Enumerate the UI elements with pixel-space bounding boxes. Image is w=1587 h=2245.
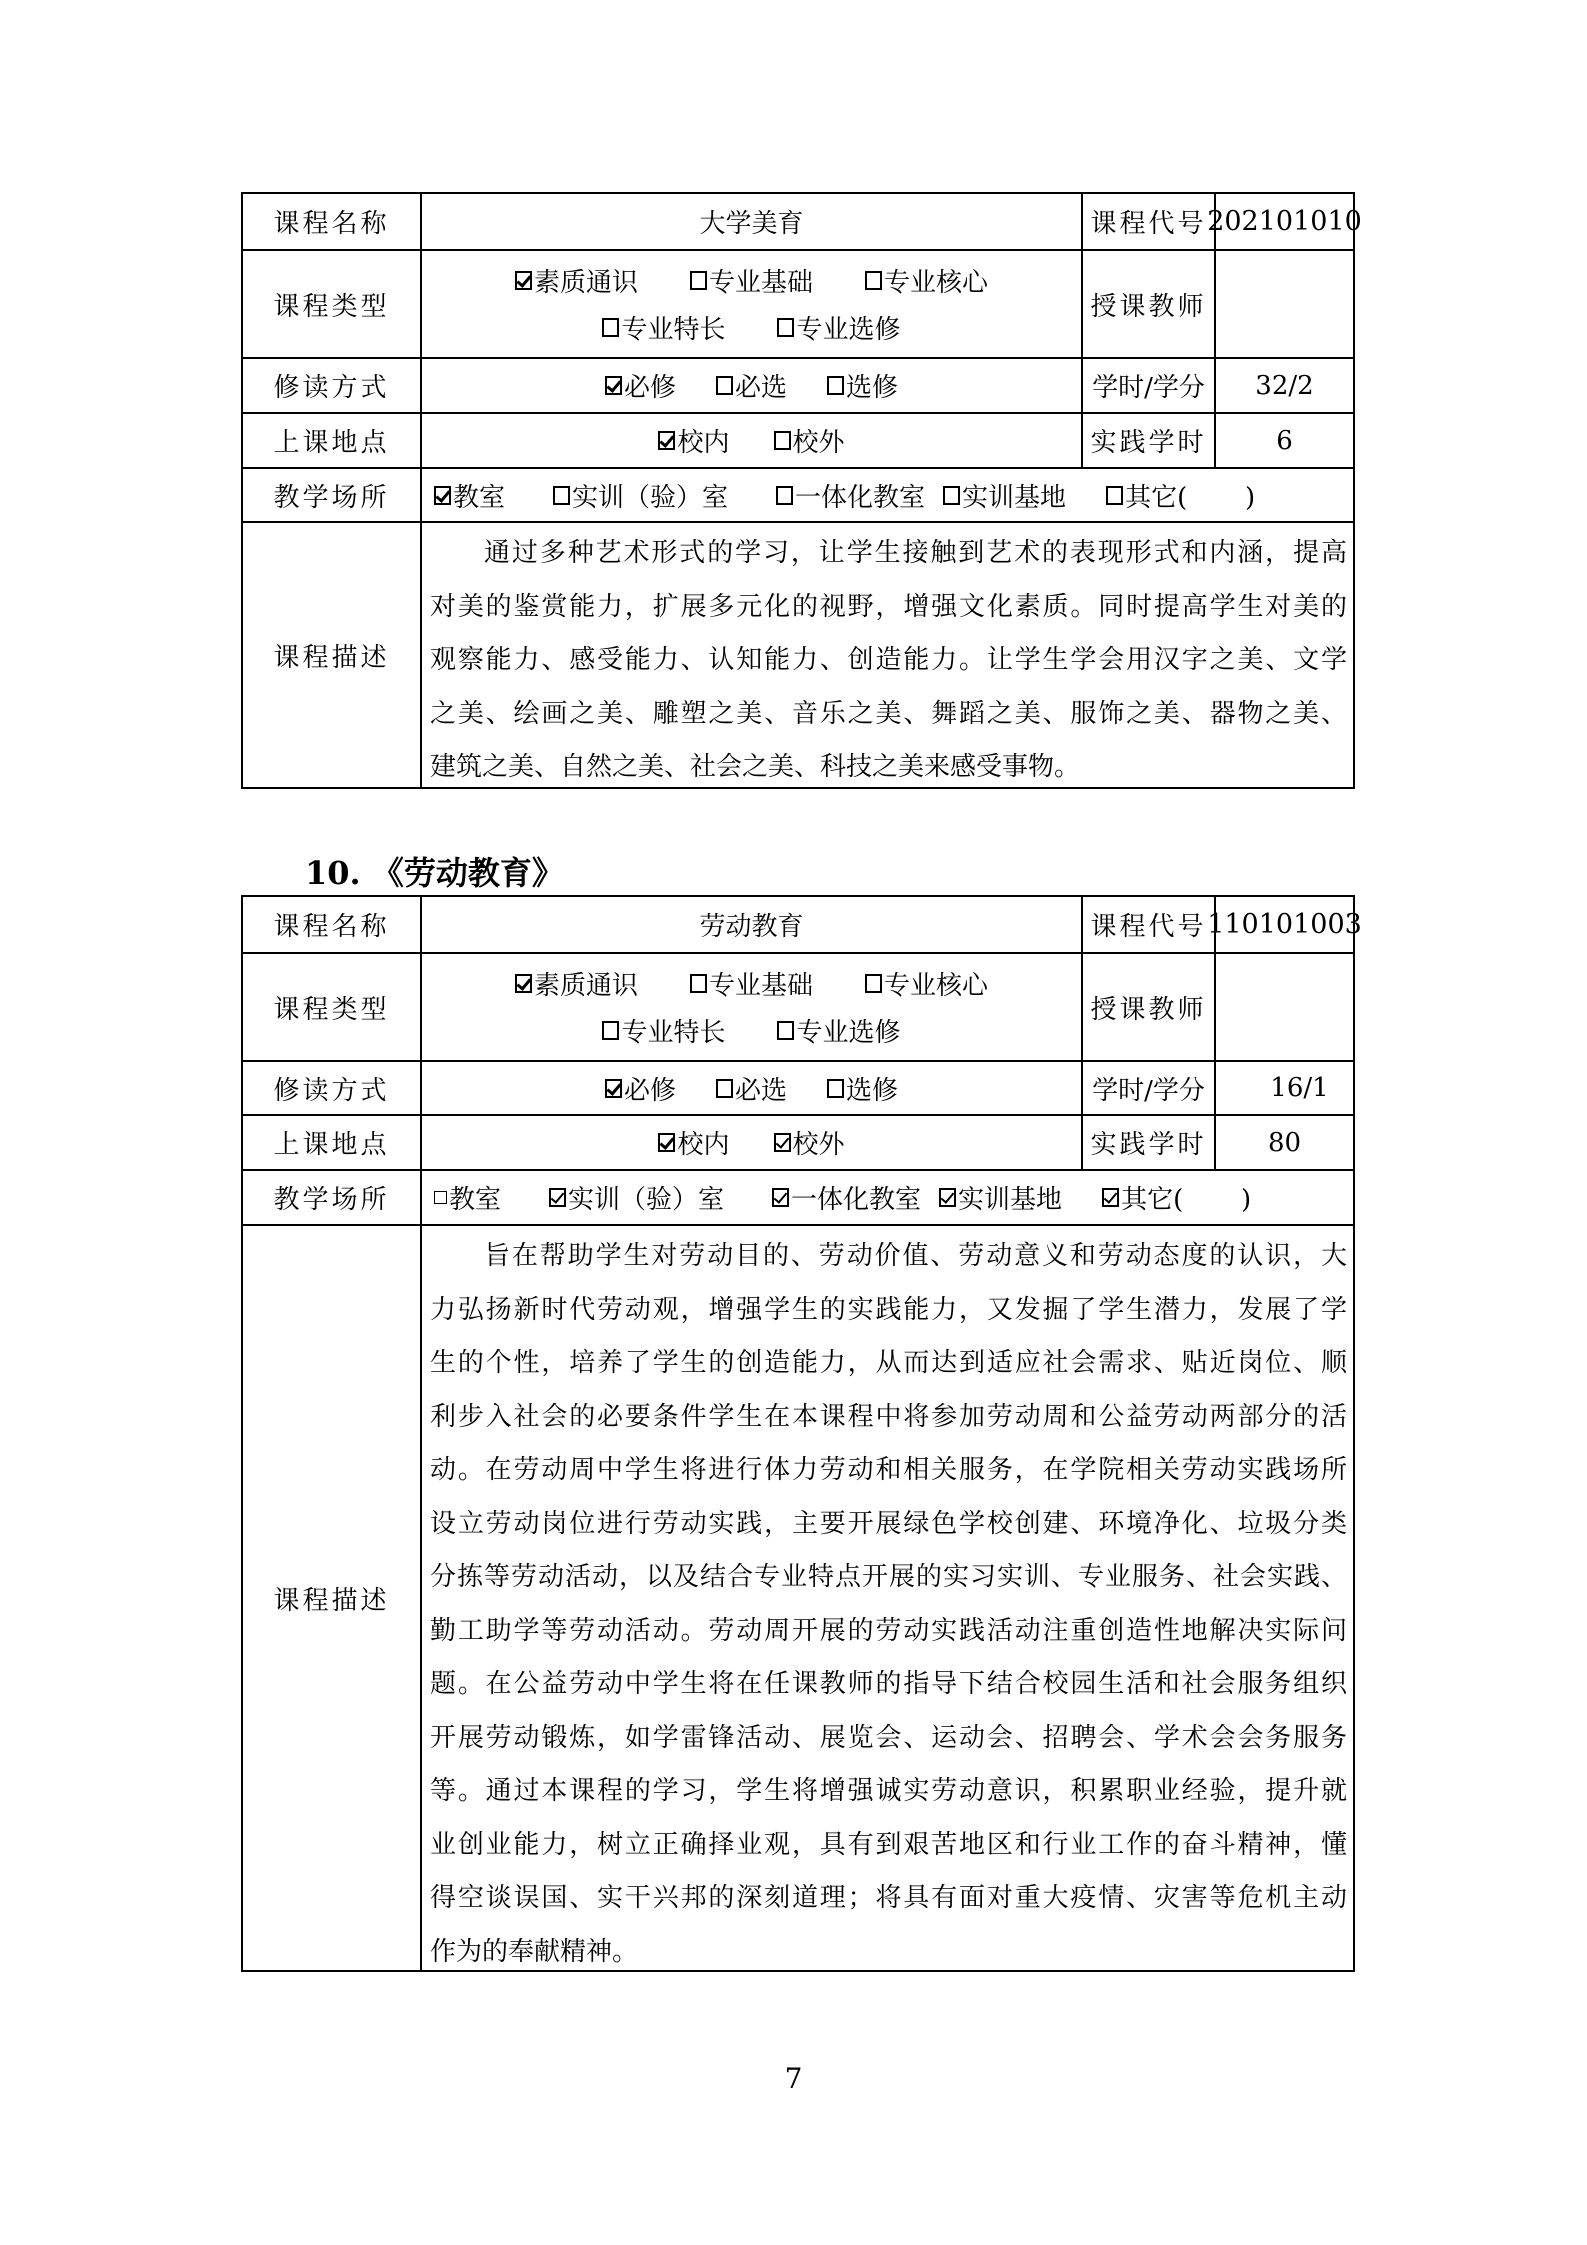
label-course-code: 课程代号 bbox=[1083, 897, 1216, 952]
checkbox-shixun-jidi[interactable]: 实训基地 bbox=[939, 1179, 1062, 1216]
checkbox-yitihua-jiaoshi[interactable]: 一体化教室 bbox=[772, 1179, 921, 1216]
checkbox-qita[interactable]: 其它( ) bbox=[1106, 477, 1255, 514]
label-practice-hours: 实践学时 bbox=[1083, 1116, 1216, 1169]
checkbox-checked-icon bbox=[434, 486, 451, 505]
checkbox-suzhi-tongshi[interactable]: 素质通识 bbox=[515, 262, 638, 299]
label-hours-credits: 学时/学分 bbox=[1083, 359, 1216, 412]
row-course-type: 课程类型 素质通识 专业基础 专业核心 专业特长 专业选修 授课教师 bbox=[243, 249, 1353, 357]
description-line: 开展劳动锻炼，如学雷锋活动、展览会、运动会、招聘会、学术会会务服务 bbox=[430, 1712, 1347, 1766]
study-mode-options: 必修 必选 选修 bbox=[422, 359, 1083, 412]
row-course-name: 课程名称 大学美育 课程代号 202101010 bbox=[243, 194, 1353, 249]
practice-hours-value: 6 bbox=[1216, 414, 1353, 467]
row-course-name: 课程名称 劳动教育 课程代号 110101003 bbox=[243, 897, 1353, 952]
description-line: 之美、绘画之美、雕塑之美、音乐之美、舞蹈之美、服饰之美、器物之美、 bbox=[430, 688, 1347, 742]
row-description: 课程描述 通过多种艺术形式的学习，让学生接触到艺术的表现形式和内涵，提高 对美的… bbox=[243, 521, 1353, 787]
description-line: 设立劳动岗位进行劳动实践，主要开展绿色学校创建、环境净化、垃圾分类 bbox=[430, 1498, 1347, 1552]
checkbox-qita[interactable]: 其它( ) bbox=[1102, 1179, 1251, 1216]
checkbox-empty-icon bbox=[1106, 486, 1123, 505]
course-type-options: 素质通识 专业基础 专业核心 专业特长 专业选修 bbox=[422, 954, 1083, 1060]
label-study-mode: 修读方式 bbox=[243, 1062, 422, 1114]
practice-hours-value: 80 bbox=[1216, 1116, 1353, 1169]
study-mode-options: 必修 必选 选修 bbox=[422, 1062, 1083, 1114]
checkbox-jiaoshi[interactable]: 教室 bbox=[434, 1179, 501, 1216]
checkbox-empty-icon bbox=[776, 486, 793, 505]
label-teacher: 授课教师 bbox=[1083, 251, 1216, 357]
checkbox-empty-icon bbox=[716, 1079, 733, 1098]
venue-options: 教室 实训（验）室 一体化教室 实训基地 其它( ) bbox=[422, 1171, 1353, 1224]
checkbox-xiaonei[interactable]: 校内 bbox=[658, 1124, 729, 1161]
checkbox-empty-icon bbox=[827, 1079, 844, 1098]
row-venue: 教学场所 教室 实训（验）室 一体化教室 实训基地 其它( ) bbox=[243, 1169, 1353, 1224]
label-course-name: 课程名称 bbox=[243, 194, 422, 249]
checkbox-yitihua-jiaoshi[interactable]: 一体化教室 bbox=[776, 477, 925, 514]
checkbox-empty-icon bbox=[865, 974, 882, 993]
description-line: 生的个性，培养了学生的创造能力，从而达到适应社会需求、贴近岗位、顺 bbox=[430, 1337, 1347, 1391]
teacher-value bbox=[1216, 954, 1353, 1060]
checkbox-checked-icon bbox=[515, 974, 532, 993]
checkbox-xuanxiu[interactable]: 选修 bbox=[827, 367, 898, 404]
location-options: 校内 校外 bbox=[422, 1116, 1083, 1169]
checkbox-bixiu[interactable]: 必修 bbox=[605, 367, 676, 404]
checkbox-bixiu[interactable]: 必修 bbox=[605, 1070, 676, 1107]
description-line: 业创业能力，树立正确择业观，具有到艰苦地区和行业工作的奋斗精神，懂 bbox=[430, 1819, 1347, 1873]
row-description: 课程描述 旨在帮助学生对劳动目的、劳动价值、劳动意义和劳动态度的认识，大 力弘扬… bbox=[243, 1224, 1353, 1970]
checkbox-empty-icon bbox=[690, 974, 707, 993]
checkbox-empty-icon bbox=[602, 318, 619, 337]
description-line: 勤工助学等劳动活动。劳动周开展的劳动实践活动注重创造性地解决实际问 bbox=[430, 1605, 1347, 1659]
description-line: 通过多种艺术形式的学习，让学生接触到艺术的表现形式和内涵，提高 bbox=[430, 527, 1347, 581]
checkbox-empty-icon bbox=[774, 431, 791, 450]
course-table-aesthetic: 课程名称 大学美育 课程代号 202101010 课程类型 素质通识 专业基础 … bbox=[241, 192, 1355, 789]
label-teacher: 授课教师 bbox=[1083, 954, 1216, 1060]
checkbox-empty-icon bbox=[434, 1191, 447, 1204]
course-table-labor: 课程名称 劳动教育 课程代号 110101003 课程类型 素质通识 专业基础 … bbox=[241, 895, 1355, 1972]
course-type-options: 素质通识 专业基础 专业核心 专业特长 专业选修 bbox=[422, 251, 1083, 357]
description-line: 等。通过本课程的学习，学生将增强诚实劳动意识，积累职业经验，提升就 bbox=[430, 1765, 1347, 1819]
checkbox-empty-icon bbox=[690, 271, 707, 290]
checkbox-jiaoshi[interactable]: 教室 bbox=[434, 477, 505, 514]
checkbox-checked-icon bbox=[939, 1188, 956, 1207]
label-location: 上课地点 bbox=[243, 1116, 422, 1169]
label-course-name: 课程名称 bbox=[243, 897, 422, 952]
row-course-type: 课程类型 素质通识 专业基础 专业核心 专业特长 专业选修 授课教师 bbox=[243, 952, 1353, 1060]
label-study-mode: 修读方式 bbox=[243, 359, 422, 412]
checkbox-empty-icon bbox=[553, 486, 570, 505]
checkbox-zhuanye-jichu[interactable]: 专业基础 bbox=[690, 262, 813, 299]
label-course-type: 课程类型 bbox=[243, 954, 422, 1060]
description-text: 通过多种艺术形式的学习，让学生接触到艺术的表现形式和内涵，提高 对美的鉴赏能力，… bbox=[424, 523, 1353, 787]
checkbox-empty-icon bbox=[777, 1021, 794, 1040]
checkbox-xiaowai[interactable]: 校外 bbox=[774, 422, 845, 459]
checkbox-zhuanye-xuanxiu[interactable]: 专业选修 bbox=[777, 309, 900, 346]
checkbox-zhuanye-techang[interactable]: 专业特长 bbox=[602, 1012, 725, 1049]
checkbox-empty-icon bbox=[716, 376, 733, 395]
description-line: 得空谈误国、实干兴邦的深刻道理；将具有面对重大疫情、灾害等危机主动 bbox=[430, 1872, 1347, 1926]
row-venue: 教学场所 教室 实训（验）室 一体化教室 实训基地 其它( ) bbox=[243, 467, 1353, 521]
checkbox-checked-icon bbox=[605, 376, 622, 395]
hours-credits-value: 16/1 bbox=[1216, 1062, 1353, 1114]
checkbox-shixun-shiyan-shi[interactable]: 实训（验）室 bbox=[553, 477, 728, 514]
label-course-type: 课程类型 bbox=[243, 251, 422, 357]
checkbox-checked-icon bbox=[1102, 1188, 1119, 1207]
checkbox-empty-icon bbox=[865, 271, 882, 290]
description-line: 旨在帮助学生对劳动目的、劳动价值、劳动意义和劳动态度的认识，大 bbox=[430, 1230, 1347, 1284]
checkbox-empty-icon bbox=[602, 1021, 619, 1040]
location-options: 校内 校外 bbox=[422, 414, 1083, 467]
label-practice-hours: 实践学时 bbox=[1083, 414, 1216, 467]
checkbox-checked-icon bbox=[772, 1188, 789, 1207]
description-line: 建筑之美、自然之美、社会之美、科技之美来感受事物。 bbox=[430, 741, 1347, 795]
section-heading: 10. 《劳动教育》 bbox=[305, 848, 564, 894]
hours-credits-value: 32/2 bbox=[1216, 359, 1353, 412]
checkbox-bixuan[interactable]: 必选 bbox=[716, 367, 787, 404]
description-line: 题。在公益劳动中学生将在任课教师的指导下结合校园生活和社会服务组织 bbox=[430, 1658, 1347, 1712]
checkbox-suzhi-tongshi[interactable]: 素质通识 bbox=[515, 965, 638, 1002]
checkbox-empty-icon bbox=[827, 376, 844, 395]
checkbox-checked-icon bbox=[658, 1133, 675, 1152]
description-line: 力弘扬新时代劳动观，增强学生的实践能力，又发掘了学生潜力，发展了学 bbox=[430, 1284, 1347, 1338]
checkbox-zhuanye-xuanxiu[interactable]: 专业选修 bbox=[777, 1012, 900, 1049]
checkbox-checked-icon bbox=[658, 431, 675, 450]
description-text: 旨在帮助学生对劳动目的、劳动价值、劳动意义和劳动态度的认识，大 力弘扬新时代劳动… bbox=[424, 1226, 1353, 1970]
description-line: 对美的鉴赏能力，扩展多元化的视野，增强文化素质。同时提高学生对美的 bbox=[430, 581, 1347, 635]
checkbox-zhuanye-jichu[interactable]: 专业基础 bbox=[690, 965, 813, 1002]
checkbox-xiaowai[interactable]: 校外 bbox=[774, 1124, 845, 1161]
row-study-mode: 修读方式 必修 必选 选修 学时/学分 32/2 bbox=[243, 357, 1353, 412]
description-line: 利步入社会的必要条件学生在本课程中将参加劳动周和公益劳动两部分的活 bbox=[430, 1391, 1347, 1445]
checkbox-xiaonei[interactable]: 校内 bbox=[658, 422, 729, 459]
checkbox-checked-icon bbox=[549, 1188, 566, 1207]
course-name-value: 大学美育 bbox=[422, 194, 1083, 249]
course-code-value: 110101003 bbox=[1216, 897, 1353, 952]
checkbox-checked-icon bbox=[605, 1079, 622, 1098]
label-description: 课程描述 bbox=[243, 1226, 422, 1970]
description-line: 作为的奉献精神。 bbox=[430, 1926, 1347, 1980]
checkbox-checked-icon bbox=[515, 271, 532, 290]
checkbox-bixuan[interactable]: 必选 bbox=[716, 1070, 787, 1107]
label-location: 上课地点 bbox=[243, 414, 422, 467]
checkbox-empty-icon bbox=[777, 318, 794, 337]
row-location: 上课地点 校内 校外 实践学时 6 bbox=[243, 412, 1353, 467]
checkbox-zhuanye-techang[interactable]: 专业特长 bbox=[602, 309, 725, 346]
checkbox-xuanxiu[interactable]: 选修 bbox=[827, 1070, 898, 1107]
course-code-value: 202101010 bbox=[1216, 194, 1353, 249]
teacher-value bbox=[1216, 251, 1353, 357]
checkbox-shixun-jidi[interactable]: 实训基地 bbox=[943, 477, 1066, 514]
label-course-code: 课程代号 bbox=[1083, 194, 1216, 249]
course-name-value: 劳动教育 bbox=[422, 897, 1083, 952]
label-venue: 教学场所 bbox=[243, 469, 422, 521]
description-line: 分拣等劳动活动，以及结合专业特点开展的实习实训、专业服务、社会实践、 bbox=[430, 1551, 1347, 1605]
description-line: 动。在劳动周中学生将进行体力劳动和相关服务，在学院相关劳动实践场所 bbox=[430, 1444, 1347, 1498]
row-study-mode: 修读方式 必修 必选 选修 学时/学分 16/1 bbox=[243, 1060, 1353, 1114]
venue-options: 教室 实训（验）室 一体化教室 实训基地 其它( ) bbox=[422, 469, 1353, 521]
label-description: 课程描述 bbox=[243, 523, 422, 787]
checkbox-zhuanye-hexin[interactable]: 专业核心 bbox=[865, 262, 988, 299]
row-location: 上课地点 校内 校外 实践学时 80 bbox=[243, 1114, 1353, 1169]
checkbox-zhuanye-hexin[interactable]: 专业核心 bbox=[865, 965, 988, 1002]
label-hours-credits: 学时/学分 bbox=[1083, 1062, 1216, 1114]
checkbox-shixun-shiyan-shi[interactable]: 实训（验）室 bbox=[549, 1179, 724, 1216]
description-line: 观察能力、感受能力、认知能力、创造能力。让学生学会用汉字之美、文学 bbox=[430, 634, 1347, 688]
page-number: 7 bbox=[0, 2062, 1587, 2095]
label-venue: 教学场所 bbox=[243, 1171, 422, 1224]
checkbox-checked-icon bbox=[774, 1133, 791, 1152]
checkbox-empty-icon bbox=[943, 486, 960, 505]
